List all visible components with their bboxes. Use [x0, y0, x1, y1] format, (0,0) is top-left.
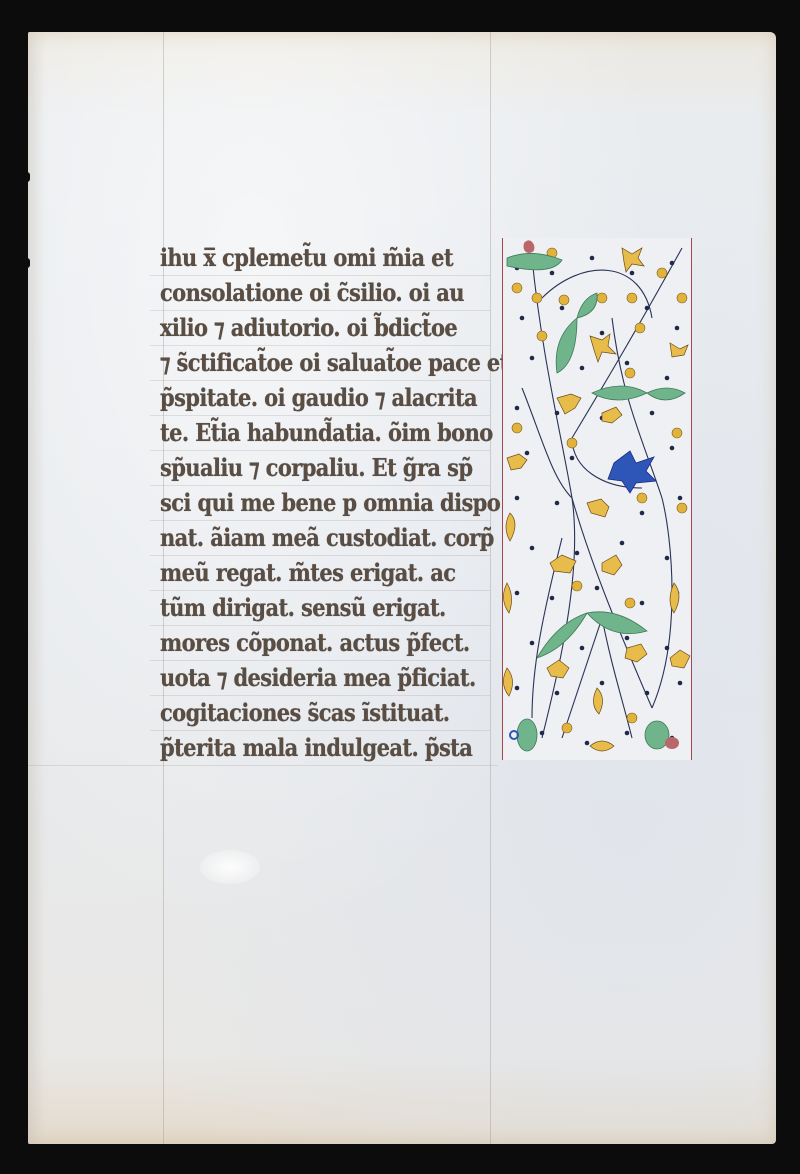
blue-flower	[608, 451, 656, 493]
leaf-edge-notch	[24, 172, 30, 182]
illuminated-border	[502, 238, 692, 760]
text-block: ihu x̅ cplemet̃u omi m̃ia et consolation…	[160, 240, 495, 765]
floral-border-decoration	[502, 238, 692, 760]
text-line: p̃terita mala indulgeat. p̃sta	[160, 727, 495, 767]
rose-buds	[510, 240, 679, 749]
parchment-stain	[200, 850, 260, 884]
leaf-edge-notch	[24, 258, 30, 268]
gold-berries	[512, 248, 687, 733]
